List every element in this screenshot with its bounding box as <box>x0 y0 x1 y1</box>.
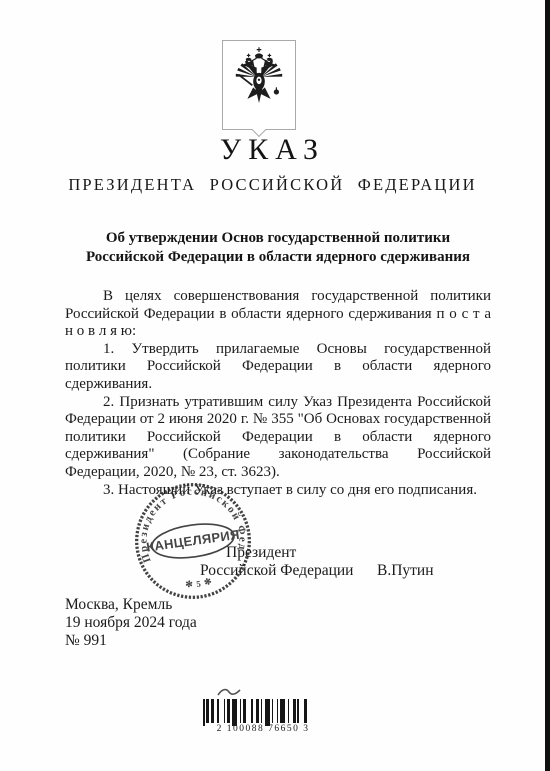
paragraph-item-1: 1. Утвердить прилагаемые Основы государс… <box>65 341 491 394</box>
footer-date: 19 ноября 2024 года <box>65 614 197 632</box>
chancellery-stamp: Президент Российской Федерации ✻ 5 ✻ КАН… <box>131 479 255 603</box>
paragraph-intro: В целях совершенствования государственно… <box>65 288 491 341</box>
double-headed-eagle-icon <box>230 46 288 124</box>
decree-subtitle: ПРЕЗИДЕНТА РОССИЙСКОЙ ФЕДЕРАЦИИ <box>40 175 505 195</box>
paragraph-item-2: 2. Признать утратившим силу Указ Президе… <box>65 394 491 482</box>
svg-text:Президент Российской Федерации: Президент Российской Федерации <box>131 479 251 568</box>
paragraph-item-3: 3. Настоящий Указ вступает в силу со дня… <box>65 482 491 500</box>
barcode-digits: 2 100088 76650 3 <box>203 724 323 734</box>
barcode-bars <box>203 699 323 723</box>
coat-of-arms-frame <box>222 40 296 130</box>
scan-edge-bar <box>545 0 550 771</box>
decree-footer: Москва, Кремль 19 ноября 2024 года № 991 <box>65 596 197 650</box>
footer-place: Москва, Кремль <box>65 596 197 614</box>
stamp-center-text: КАНЦЕЛЯРИЯ <box>145 527 240 555</box>
barcode: 2 100088 76650 3 <box>203 686 323 734</box>
decree-body: Об утверждении Основ государственной пол… <box>65 229 491 499</box>
decree-title: УКАЗ <box>40 133 505 167</box>
pen-mark-icon <box>215 686 243 698</box>
stamp-bottom-text: ✻ 5 ✻ <box>184 575 215 591</box>
footer-number: № 991 <box>65 632 197 650</box>
decree-page: УКАЗ ПРЕЗИДЕНТА РОССИЙСКОЙ ФЕДЕРАЦИИ Об … <box>0 0 550 771</box>
decree-paragraphs: В целях совершенствования государственно… <box>65 288 491 499</box>
svg-text:✻ 5 ✻: ✻ 5 ✻ <box>184 575 215 591</box>
decree-subject: Об утверждении Основ государственной пол… <box>65 229 491 267</box>
signature-name: В.Путин <box>377 562 434 580</box>
subject-line-2: Российской Федерации в области ядерного … <box>65 248 491 267</box>
stamp-ring-text: Президент Российской Федерации <box>131 479 251 568</box>
subject-line-1: Об утверждении Основ государственной пол… <box>65 229 491 248</box>
